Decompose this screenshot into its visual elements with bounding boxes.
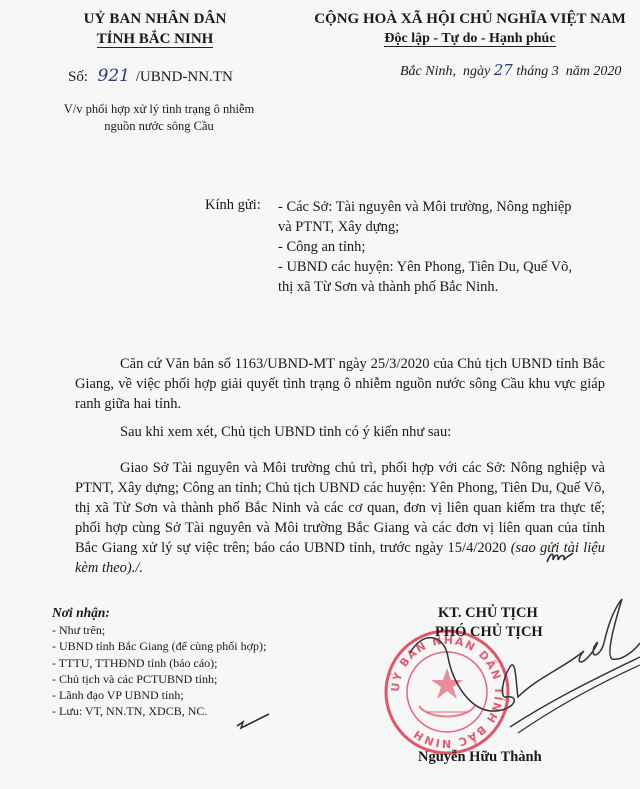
body-paragraph-1-text: Căn cứ Văn bản số 1163/UBND-MT ngày 25/3… (75, 356, 605, 412)
dateline-day-label: ngày (463, 64, 490, 79)
national-motto: Độc lập - Tự do - Hạnh phúc (302, 31, 638, 47)
addressee-line: - Các Sở: Tài nguyên và Môi trường, Nông… (278, 197, 572, 217)
organization-name: UỶ BAN NHÂN DÂN (80, 11, 230, 28)
national-motto-text: Độc lập - Tự do - Hạnh phúc (384, 31, 555, 47)
dateline-year: 2020 (593, 64, 621, 79)
addressees-list: - Các Sở: Tài nguyên và Môi trường, Nông… (278, 197, 572, 297)
recipient-item: - Lãnh đạo VP UBND tỉnh; (52, 687, 266, 703)
handwritten-signature-icon (400, 585, 640, 745)
recipient-item: - Chủ tịch và các PCTUBND tỉnh; (52, 671, 266, 687)
recipients-list: - Như trên; - UBND tỉnh Bắc Giang (để cù… (52, 622, 266, 720)
subject-line-2: nguồn nước sông Cầu (40, 118, 278, 135)
recipient-item: - UBND tỉnh Bắc Giang (để cùng phối hợp)… (52, 638, 266, 654)
body-paragraph-2-text: Sau khi xem xét, Chủ tịch UBND tỉnh có ý… (120, 424, 451, 440)
dateline-place: Bắc Ninh, (400, 64, 456, 79)
addressee-line: - Công an tỉnh; (278, 237, 572, 257)
dateline-month: 3 (552, 64, 559, 79)
document-number-suffix: /UBND-NN.TN (136, 69, 233, 85)
dateline: Bắc Ninh, ngày 27 tháng 3 năm 2020 (400, 61, 621, 80)
organization-province: TỈNH BẮC NINH (80, 31, 230, 48)
addressee-line: - UBND các huyện: Yên Phong, Tiên Du, Qu… (278, 257, 572, 277)
subject-line-1: V/v phối hợp xử lý tình trạng ô nhiễm (40, 101, 278, 118)
recipient-item: - Như trên; (52, 622, 266, 638)
addressees-label: Kính gửi: (205, 197, 261, 214)
dateline-month-label: tháng (516, 64, 548, 79)
signer-name: Nguyễn Hữu Thành (418, 749, 542, 766)
body-paragraph-2: Sau khi xem xét, Chủ tịch UBND tỉnh có ý… (75, 422, 605, 442)
initials-scribble-icon (545, 548, 575, 566)
document-subject: V/v phối hợp xử lý tình trạng ô nhiễm ng… (40, 101, 278, 135)
dateline-year-label: năm (566, 64, 590, 79)
addressee-line: và PTNT, Xây dựng; (278, 217, 572, 237)
body-paragraph-1: Căn cứ Văn bản số 1163/UBND-MT ngày 25/3… (75, 354, 605, 414)
recipient-item: - TTTU, TTHĐND tỉnh (báo cáo); (52, 655, 266, 671)
document-number-handwritten: 921 (92, 66, 136, 86)
national-title: CỘNG HOÀ XÃ HỘI CHỦ NGHĨA VIỆT NAM (302, 11, 638, 28)
recipients-title: Nơi nhận: (52, 605, 110, 621)
document-number-prefix: Số: (68, 69, 88, 85)
document-number: Số: 921/UBND-NN.TN (68, 66, 233, 86)
organization-province-text: TỈNH BẮC NINH (97, 31, 214, 48)
addressee-line: thị xã Từ Sơn và thành phố Bắc Ninh. (278, 277, 572, 297)
initials-checkmark-icon (235, 712, 271, 730)
dateline-day: 27 (494, 61, 513, 79)
body-paragraph-3: Giao Sở Tài nguyên và Môi trường chủ trì… (75, 458, 605, 578)
